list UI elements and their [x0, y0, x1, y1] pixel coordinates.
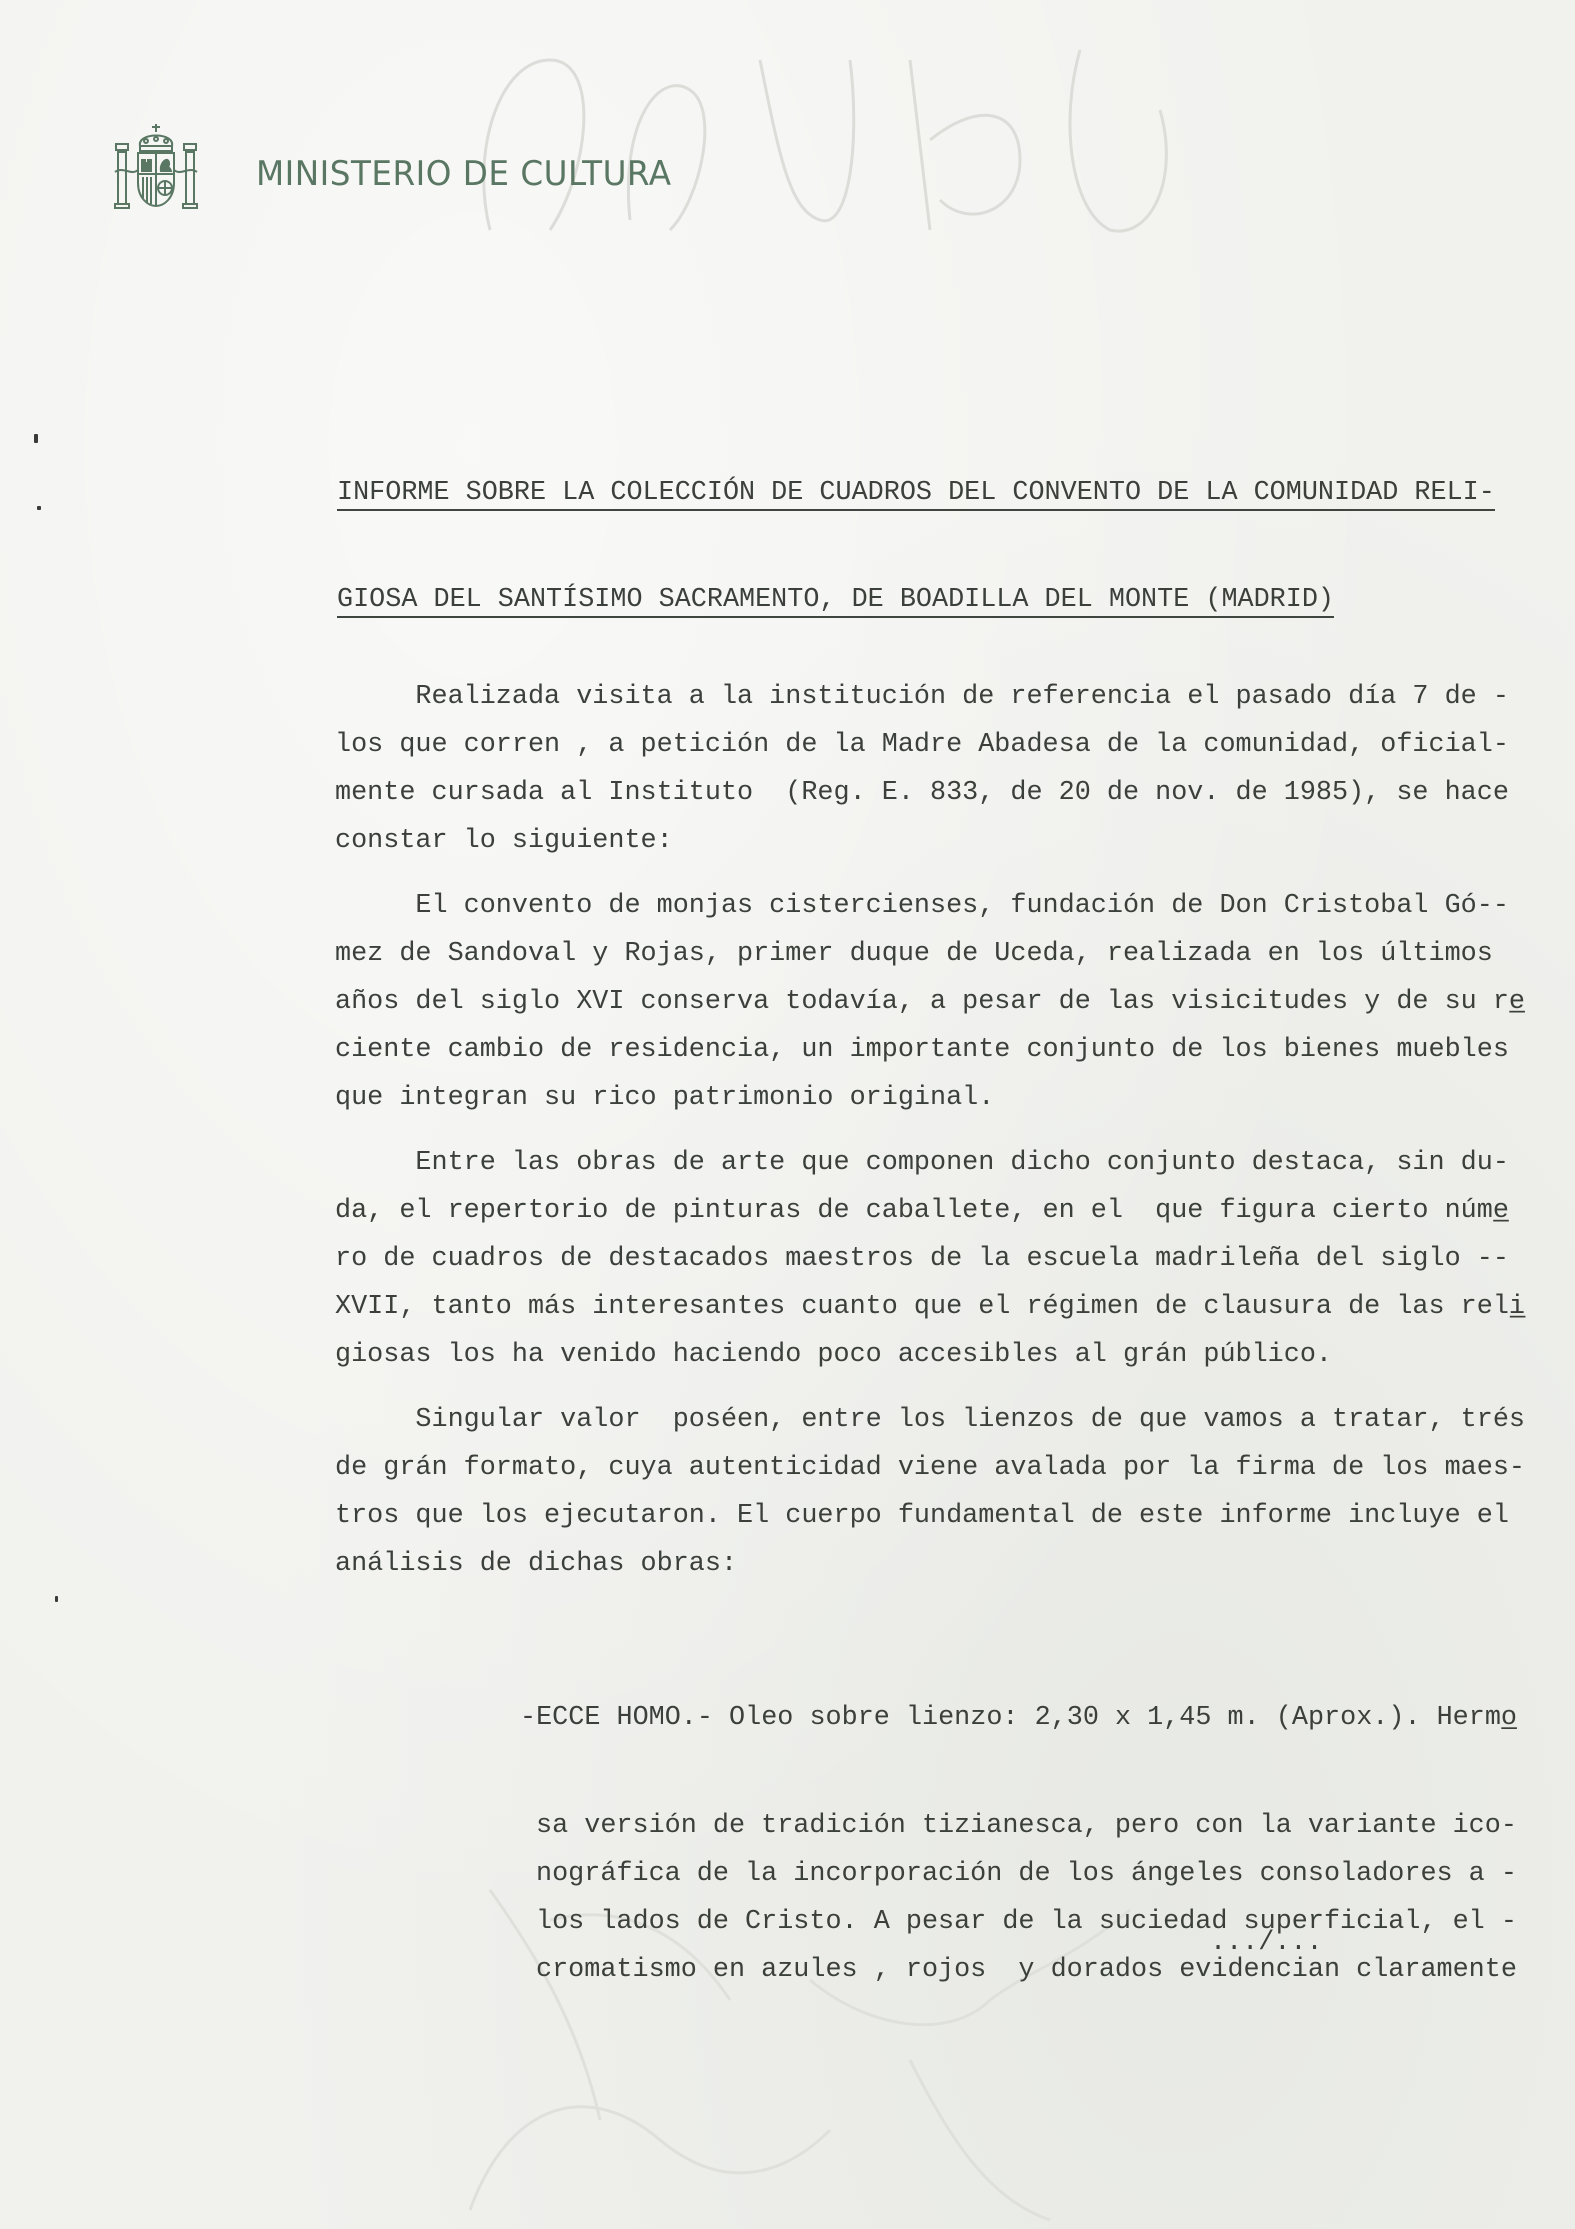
report-body: Realizada visita a la institución de ref…: [335, 673, 1515, 1605]
artwork-entry-first-line: -ECCE HOMO.- Oleo sobre lienzo: 2,30 x 1…: [520, 1694, 1570, 1742]
paragraph-line: El convento de monjas cistercienses, fun…: [335, 882, 1515, 930]
paragraph: El convento de monjas cistercienses, fun…: [335, 882, 1515, 1122]
paragraph-line: mente cursada al Instituto (Reg. E. 833,…: [335, 769, 1515, 817]
artwork-entry-line: los lados de Cristo. A pesar de la sucie…: [520, 1898, 1570, 1946]
paragraph-line: Entre las obras de arte que componen dic…: [335, 1139, 1515, 1187]
paragraph-line: ro de cuadros de destacados maestros de …: [335, 1235, 1515, 1283]
paragraph-line: de grán formato, cuya autenticidad viene…: [335, 1444, 1515, 1492]
paragraph-line: XVII, tanto más interesantes cuanto que …: [335, 1283, 1515, 1331]
paragraph: Entre las obras de arte que componen dic…: [335, 1139, 1515, 1379]
title-line: GIOSA DEL SANTÍSIMO SACRAMENTO, DE BOADI…: [337, 577, 1495, 624]
title-line: INFORME SOBRE LA COLECCIÓN DE CUADROS DE…: [337, 470, 1495, 517]
title-line-text: INFORME SOBRE LA COLECCIÓN DE CUADROS DE…: [337, 478, 1495, 511]
margin-mark: [55, 1596, 58, 1602]
paragraph-line: tros que los ejecutaron. El cuerpo funda…: [335, 1492, 1515, 1540]
watermark-icon: [460, 0, 1220, 260]
paragraph: Realizada visita a la institución de ref…: [335, 673, 1515, 865]
paragraph-line: Realizada visita a la institución de ref…: [335, 673, 1515, 721]
document-title: INFORME SOBRE LA COLECCIÓN DE CUADROS DE…: [337, 410, 1495, 654]
ministry-name: MINISTERIO DE CULTURA: [256, 154, 672, 194]
paragraph-line: que integran su rico patrimonio original…: [335, 1074, 1515, 1122]
paragraph-line: años del siglo XVI conserva todavía, a p…: [335, 978, 1515, 1026]
spanish-coat-of-arms-icon: [113, 120, 199, 210]
margin-mark: [37, 506, 41, 510]
paragraph: Singular valor poséen, entre los lienzos…: [335, 1396, 1515, 1588]
paragraph-line: Singular valor poséen, entre los lienzos…: [335, 1396, 1515, 1444]
artwork-entry-line: sa versión de tradición tizianesca, pero…: [520, 1802, 1570, 1850]
margin-mark: [34, 434, 38, 443]
paragraph-line: constar lo siguiente:: [335, 817, 1515, 865]
paragraph-line: análisis de dichas obras:: [335, 1540, 1515, 1588]
artwork-entry-line: cromatismo en azules , rojos y dorados e…: [520, 1946, 1570, 1994]
paragraph-line: los que corren , a petición de la Madre …: [335, 721, 1515, 769]
paragraph-line: da, el repertorio de pinturas de caballe…: [335, 1187, 1515, 1235]
paragraph-line: giosas los ha venido haciendo poco acces…: [335, 1331, 1515, 1379]
paragraph-line: mez de Sandoval y Rojas, primer duque de…: [335, 930, 1515, 978]
continued-marker: .../...: [1210, 1928, 1323, 1958]
title-line-text: GIOSA DEL SANTÍSIMO SACRAMENTO, DE BOADI…: [337, 585, 1334, 618]
paragraph-line: ciente cambio de residencia, un importan…: [335, 1026, 1515, 1074]
artwork-entry-ecce-homo: -ECCE HOMO.- Oleo sobre lienzo: 2,30 x 1…: [520, 1634, 1570, 2024]
artwork-entry-line: nográfica de la incorporación de los áng…: [520, 1850, 1570, 1898]
